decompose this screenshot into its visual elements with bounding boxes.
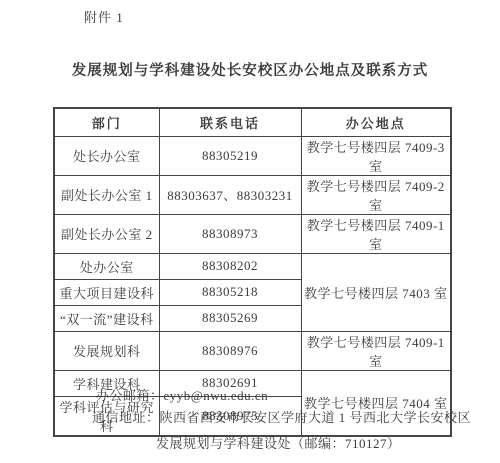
attachment-label: 附件 1 [84, 7, 124, 26]
table-row: 副处长办公室 2 88308973 教学七号楼四层 7409-1 室 [54, 214, 451, 253]
location-cell: 教学七号楼四层 7409-1 室 [301, 214, 451, 253]
phone-cell: 88303637、88303231 [159, 175, 301, 214]
table-row: 副处长办公室 1 88303637、88303231 教学七号楼四层 7409-… [54, 175, 451, 214]
phone-cell: 88305269 [159, 305, 301, 331]
location-cell: 教学七号楼四层 7409-1 室 [301, 331, 451, 370]
phone-cell: 88308202 [159, 253, 301, 279]
location-cell: 教学七号楼四层 7409-2 室 [301, 175, 451, 214]
office-email-line: 办公邮箱：eyyb@nwu.edu.cn [96, 385, 268, 404]
dept-cell: 重大项目建设科 [54, 279, 159, 305]
phone-cell: 88305218 [159, 279, 301, 305]
table-row: 发展规划科 88308976 教学七号楼四层 7409-1 室 [54, 331, 451, 370]
table-header-row: 部门 联系电话 办公地点 [54, 108, 451, 136]
column-header-location: 办公地点 [301, 108, 451, 136]
phone-cell: 88305219 [159, 136, 301, 175]
column-header-dept: 部门 [54, 108, 159, 136]
location-cell: 教学七号楼四层 7403 室 [301, 253, 451, 331]
page-title: 发展规划与学科建设处长安校区办公地点及联系方式 [0, 59, 500, 80]
dept-cell: 副处长办公室 1 [54, 175, 159, 214]
dept-cell: 副处长办公室 2 [54, 214, 159, 253]
phone-cell: 88308973 [159, 214, 301, 253]
table-row: 处办公室 88308202 教学七号楼四层 7403 室 [54, 253, 451, 279]
dept-cell: 发展规划科 [54, 331, 159, 370]
dept-cell: 处长办公室 [54, 136, 159, 175]
column-header-phone: 联系电话 [159, 108, 301, 136]
dept-cell: 处办公室 [54, 253, 159, 279]
dept-cell: “双一流”建设科 [54, 305, 159, 331]
mailing-address-line-1: 通信地址：陕西省西安市长安区学府大道 1 号西北大学长安校区 [92, 407, 471, 426]
mailing-address-line-2: 发展规划与学科建设处（邮编：710127） [156, 433, 401, 452]
document-page: 附件 1 发展规划与学科建设处长安校区办公地点及联系方式 部门 联系电话 办公地… [0, 0, 500, 463]
location-cell: 教学七号楼四层 7409-3 室 [301, 136, 451, 175]
table-row: 处长办公室 88305219 教学七号楼四层 7409-3 室 [54, 136, 451, 175]
phone-cell: 88308976 [159, 331, 301, 370]
